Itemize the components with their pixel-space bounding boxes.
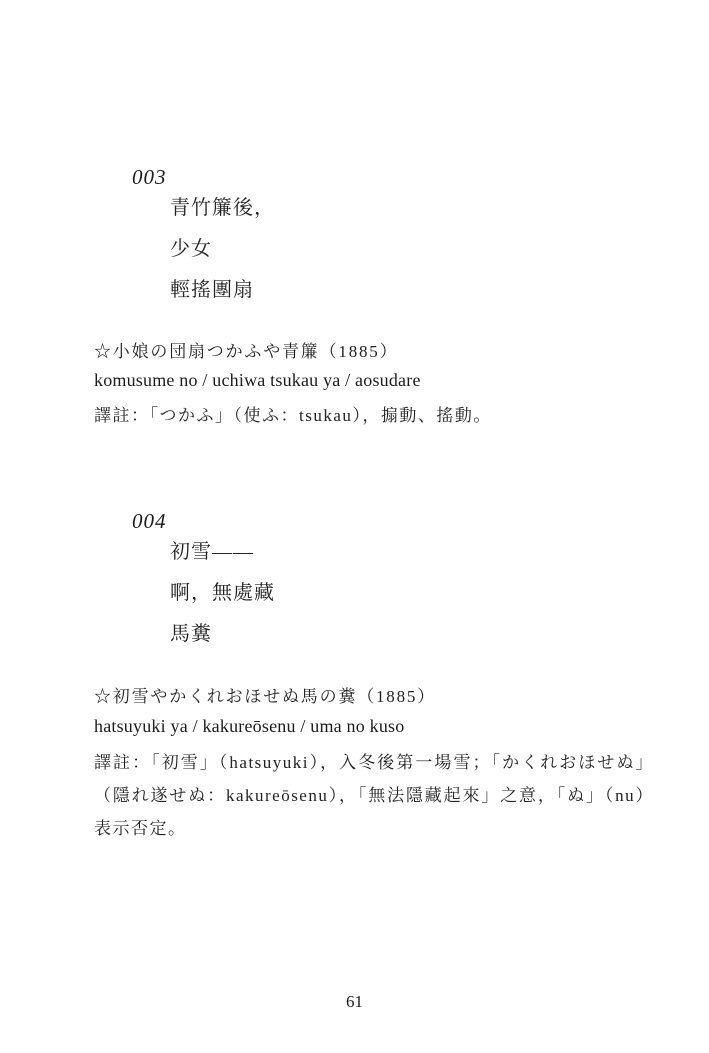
page-number: 61 [0, 992, 709, 1012]
haiku-original-japanese: ☆小娘の団扇つかふや青簾（1885） [94, 337, 398, 362]
poem-translation: 青竹簾後， 少女 輕搖團扇 [170, 188, 275, 311]
poem-line: 青竹簾後， [170, 188, 275, 229]
poem-line: 輕搖團扇 [170, 270, 275, 311]
poem-line: 少女 [170, 229, 275, 270]
poem-number: 003 [132, 165, 167, 190]
translator-note: 譯註：「つかふ」（使ふ：tsukau），搧動、搖動。 [94, 399, 654, 432]
poem-number: 004 [132, 509, 167, 534]
poem-line: 啊，無處藏 [170, 573, 275, 614]
poem-line: 馬糞 [170, 614, 275, 655]
poem-line: 初雪—— [170, 532, 275, 573]
book-page: 003 青竹簾後， 少女 輕搖團扇 ☆小娘の団扇つかふや青簾（1885） kom… [0, 0, 709, 1053]
poem-translation: 初雪—— 啊，無處藏 馬糞 [170, 532, 275, 655]
haiku-original-japanese: ☆初雪やかくれおほせぬ馬の糞（1885） [94, 682, 436, 707]
romaji-transliteration: hatsuyuki ya / kakureōsenu / uma no kuso [94, 716, 404, 737]
translator-note: 譯註：「初雪」（hatsuyuki），入冬後第一場雪；「かくれおほせぬ」（隱れ遂… [94, 746, 654, 845]
romaji-transliteration: komusume no / uchiwa tsukau ya / aosudar… [94, 370, 421, 391]
